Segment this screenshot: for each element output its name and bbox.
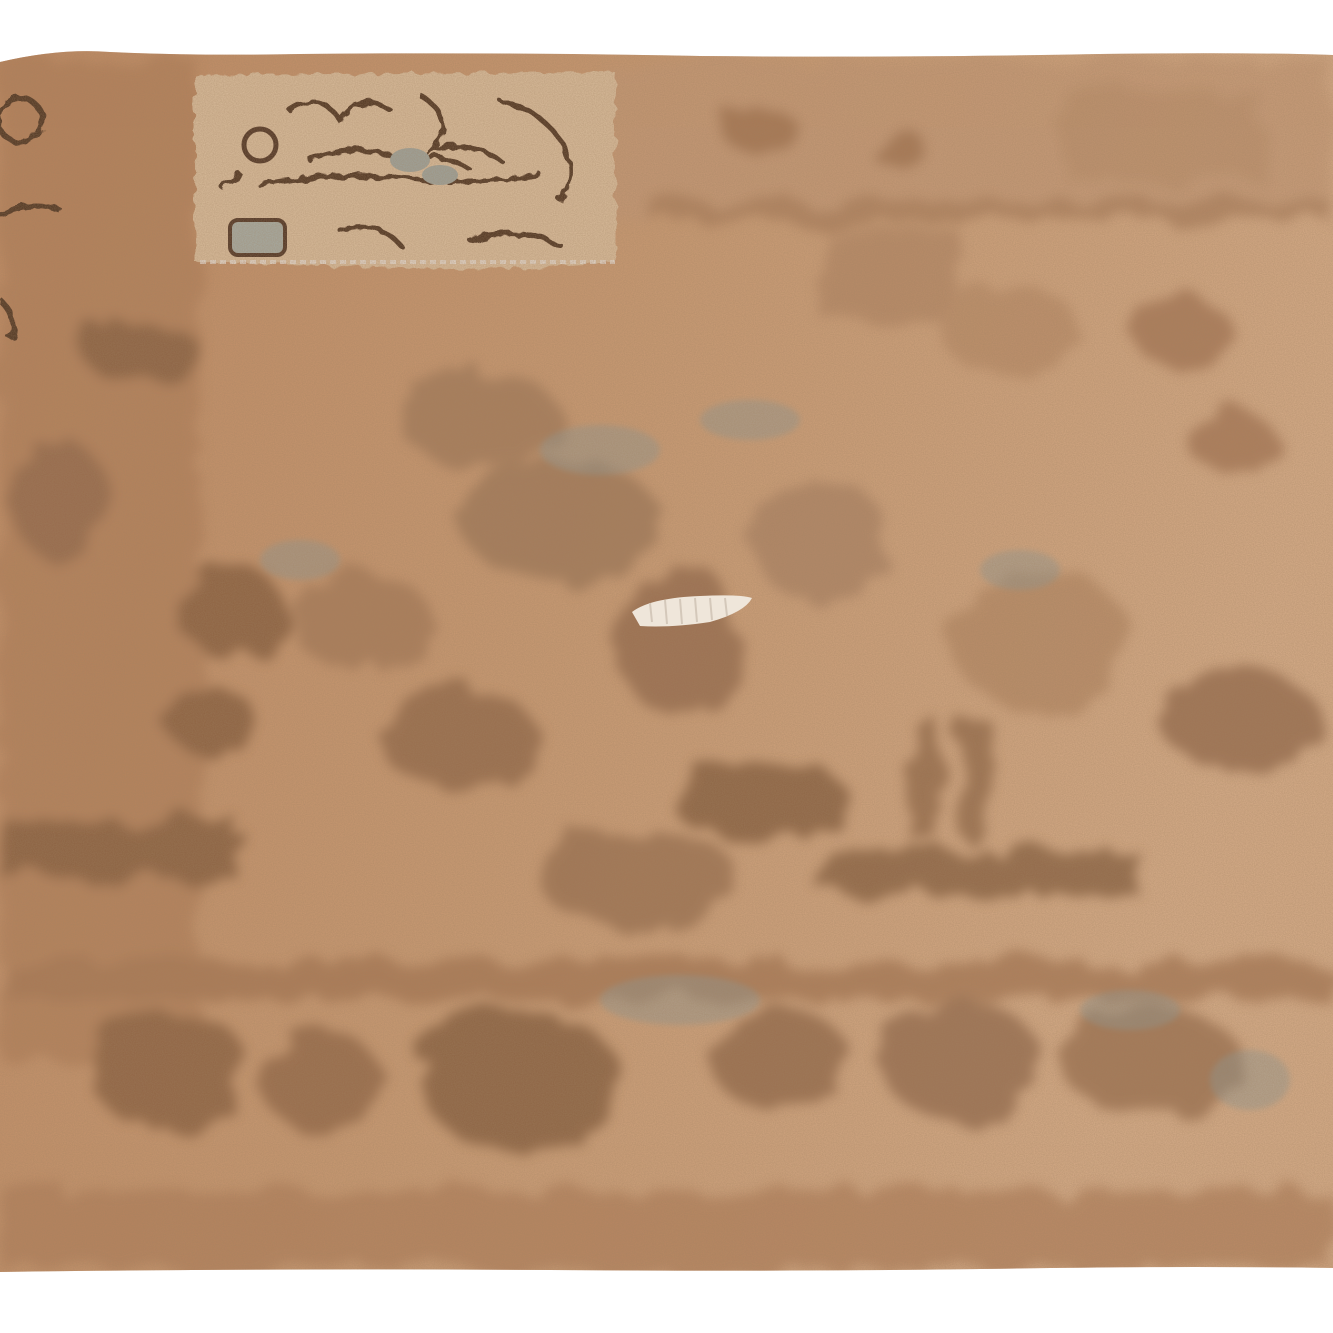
rug <box>0 40 1333 1290</box>
pile-texture <box>0 40 1333 1290</box>
rug-illustration <box>0 0 1333 1333</box>
rug-photo: Distressed vintage pile rug, close-up <box>0 0 1333 1333</box>
